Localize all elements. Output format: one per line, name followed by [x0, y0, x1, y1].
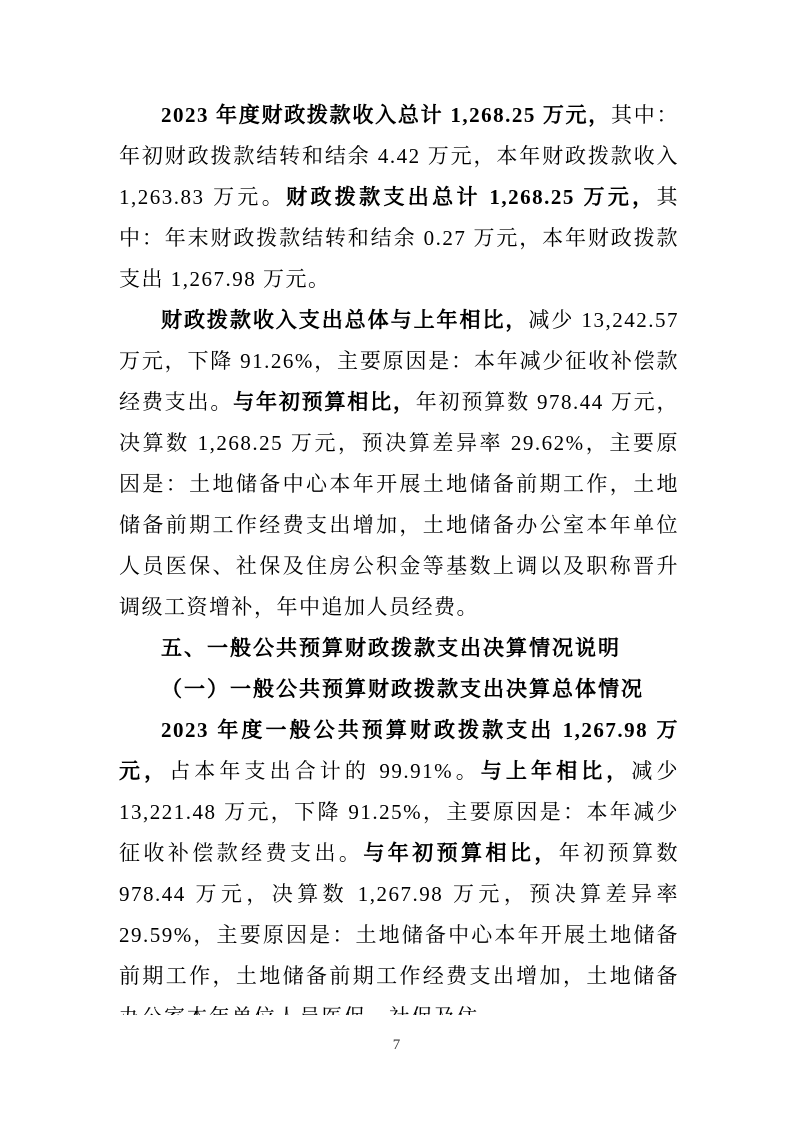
text-run-bold: （一）一般公共预算财政拨款支出决算总体情况: [161, 678, 644, 701]
text-run-bold: 与上年相比，: [481, 759, 632, 783]
text-run-bold: 财政拨款收入支出总体与上年相比，: [161, 308, 528, 332]
text-run-bold: 2023 年度财政拨款收入总计 1,268.25 万元，: [161, 103, 611, 127]
page-number: 7: [393, 1037, 401, 1053]
text-run-bold: 五、一般公共预算财政拨款支出决算情况说明: [161, 637, 621, 660]
text-run: 年初预算数 978.44 万元，决算数 1,268.25 万元，预决算差异率 2…: [119, 390, 679, 619]
paragraph: 2023 年度一般公共预算财政拨款支出 1,267.98 万元，占本年支出合计的…: [119, 710, 679, 1015]
text-run-bold: 财政拨款支出总计 1,268.25 万元，: [286, 185, 656, 209]
paragraph: 2023 年度财政拨款收入总计 1,268.25 万元，其中：年初财政拨款结转和…: [119, 95, 679, 300]
document-page: 2023 年度财政拨款收入总计 1,268.25 万元，其中：年初财政拨款结转和…: [0, 0, 793, 1122]
paragraph: 财政拨款收入支出总体与上年相比，减少 13,242.57 万元，下降 91.26…: [119, 300, 679, 628]
page-footer: 7: [0, 1036, 793, 1054]
section-heading: 五、一般公共预算财政拨款支出决算情况说明: [119, 628, 679, 669]
document-body: 2023 年度财政拨款收入总计 1,268.25 万元，其中：年初财政拨款结转和…: [119, 95, 679, 1015]
text-run: 占本年支出合计的 99.91%。: [169, 759, 481, 783]
text-run-bold: 与年初预算相比，: [233, 390, 416, 414]
section-heading: （一）一般公共预算财政拨款支出决算总体情况: [119, 669, 679, 710]
text-run-bold: 与年初预算相比，: [363, 841, 558, 865]
text-run: 年初预算数 978.44 万元，决算数 1,267.98 万元，预决算差异率 2…: [119, 841, 679, 1015]
